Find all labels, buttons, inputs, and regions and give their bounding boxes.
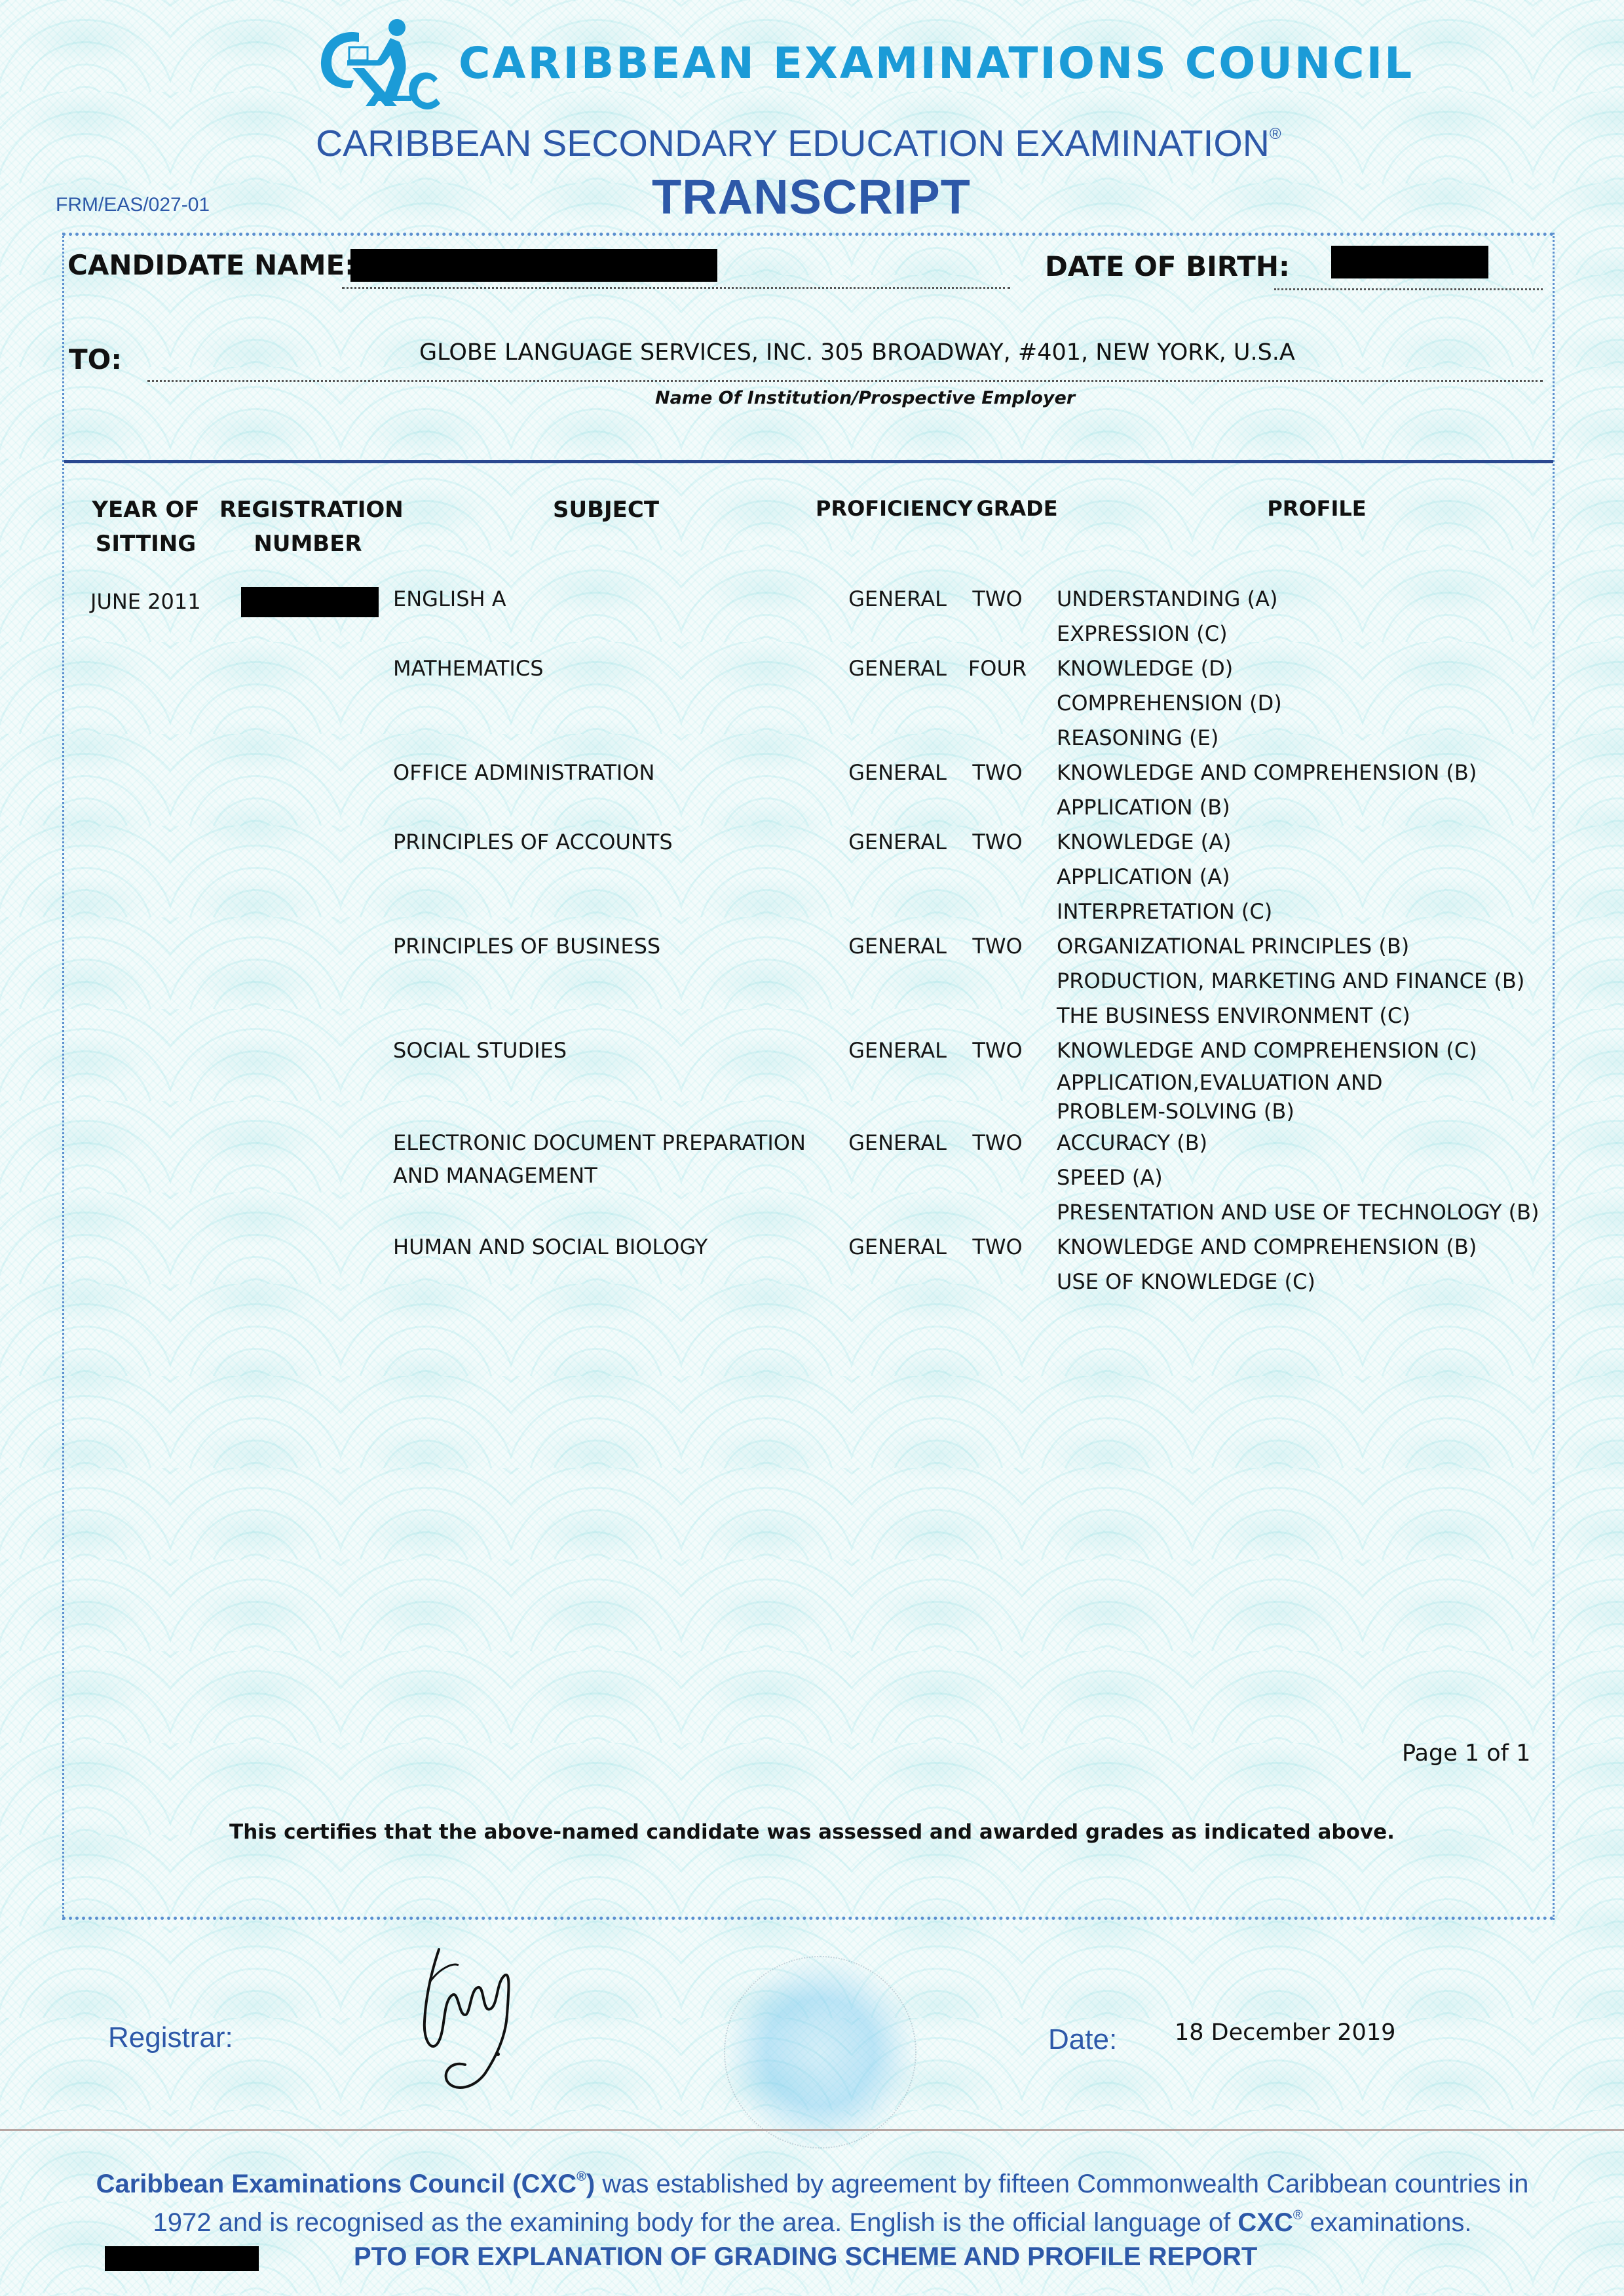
proficiency-cell: GENERAL <box>839 825 956 929</box>
proficiency-cell: GENERAL <box>839 929 956 1033</box>
grade-cell: TWO <box>956 756 1038 825</box>
subject-line: PRINCIPLES OF BUSINESS <box>393 929 839 964</box>
profile-item: COMPREHENSION (D) <box>1057 686 1546 721</box>
grade-cell: TWO <box>956 929 1038 1033</box>
profile-cell: UNDERSTANDING (A)EXPRESSION (C) <box>1038 582 1546 651</box>
profile-cell: KNOWLEDGE AND COMPREHENSION (C)APPLICATI… <box>1038 1033 1546 1126</box>
header-registration-number: REGISTRATION NUMBER <box>219 493 396 561</box>
recipient-underline <box>147 380 1543 382</box>
date-of-birth-label: DATE OF BIRTH: <box>1045 250 1290 282</box>
header-year-line2: SITTING <box>88 527 203 561</box>
header-year-line1: YEAR OF <box>88 493 203 527</box>
profile-item: ORGANIZATIONAL PRINCIPLES (B) <box>1057 929 1546 964</box>
subject-cell: ENGLISH A <box>393 582 839 651</box>
pto-notice: PTO FOR EXPLANATION OF GRADING SCHEME AN… <box>354 2242 1257 2272</box>
footer-line2-end: examinations. <box>1303 2208 1472 2237</box>
profile-cell: KNOWLEDGE (D)COMPREHENSION (D)REASONING … <box>1038 651 1546 756</box>
subject-cell: MATHEMATICS <box>393 651 839 756</box>
cxc-logo <box>313 14 444 113</box>
exam-name: CARIBBEAN SECONDARY EDUCATION EXAMINATIO… <box>316 122 1281 165</box>
profile-item: EXPRESSION (C) <box>1057 617 1546 651</box>
recipient-label: TO: <box>69 343 122 375</box>
subject-line: AND MANAGEMENT <box>393 1160 839 1191</box>
grade-cell: FOUR <box>956 651 1038 756</box>
profile-cell: KNOWLEDGE (A)APPLICATION (A)INTERPRETATI… <box>1038 825 1546 929</box>
header-proficiency: PROFICIENCY <box>816 491 960 526</box>
candidate-name-label: CANDIDATE NAME: <box>67 249 356 281</box>
profile-item: PRESENTATION AND USE OF TECHNOLOGY (B) <box>1057 1195 1546 1230</box>
table-row: ENGLISH AGENERALTWOUNDERSTANDING (A)EXPR… <box>393 582 1546 651</box>
registrar-label: Registrar: <box>108 2021 233 2054</box>
date-of-birth-underline <box>1274 288 1543 290</box>
profile-item: USE OF KNOWLEDGE (C) <box>1057 1265 1546 1299</box>
profile-item: SPEED (A) <box>1057 1160 1546 1195</box>
footer-statement: Caribbean Examinations Council (CXC®) wa… <box>59 2161 1566 2238</box>
header-year-of-sitting: YEAR OF SITTING <box>88 493 203 561</box>
profile-item: UNDERSTANDING (A) <box>1057 582 1546 617</box>
profile-cell: KNOWLEDGE AND COMPREHENSION (B)USE OF KN… <box>1038 1230 1546 1299</box>
table-row: PRINCIPLES OF BUSINESSGENERALTWOORGANIZA… <box>393 929 1546 1033</box>
subject-line: SOCIAL STUDIES <box>393 1033 839 1068</box>
grade-cell: TWO <box>956 582 1038 651</box>
profile-item: PRODUCTION, MARKETING AND FINANCE (B) <box>1057 964 1546 999</box>
table-row: SOCIAL STUDIESGENERALTWOKNOWLEDGE AND CO… <box>393 1033 1546 1126</box>
profile-item: APPLICATION (B) <box>1057 790 1546 825</box>
subject-cell: SOCIAL STUDIES <box>393 1033 839 1126</box>
profile-item: ACCURACY (B) <box>1057 1126 1546 1160</box>
footer-code-redacted <box>105 2246 259 2271</box>
recipient-value: GLOBE LANGUAGE SERVICES, INC. 305 BROADW… <box>419 339 1295 366</box>
footer-line2-start: 1972 and is recognised as the examining … <box>153 2208 1237 2237</box>
footer-line1: was established by agreement by fifteen … <box>595 2170 1528 2198</box>
year-of-sitting-value: JUNE 2011 <box>90 584 201 619</box>
date-value: 18 December 2019 <box>1175 2019 1395 2046</box>
profile-item: INTERPRETATION (C) <box>1057 894 1546 929</box>
proficiency-cell: GENERAL <box>839 1230 956 1299</box>
proficiency-cell: GENERAL <box>839 651 956 756</box>
header-subject: SUBJECT <box>524 493 688 527</box>
profile-cell: ACCURACY (B)SPEED (A)PRESENTATION AND US… <box>1038 1126 1546 1230</box>
table-row: HUMAN AND SOCIAL BIOLOGYGENERALTWOKNOWLE… <box>393 1230 1546 1299</box>
header-registration-line2: NUMBER <box>219 527 396 561</box>
footer-cxc: CXC <box>1237 2208 1293 2237</box>
candidate-name-redacted <box>350 249 717 282</box>
subject-line: ENGLISH A <box>393 582 839 617</box>
footer-divider <box>0 2129 1624 2131</box>
subject-line: HUMAN AND SOCIAL BIOLOGY <box>393 1230 839 1265</box>
proficiency-cell: GENERAL <box>839 1126 956 1230</box>
subject-cell: HUMAN AND SOCIAL BIOLOGY <box>393 1230 839 1299</box>
recipient-caption: Name Of Institution/Prospective Employer <box>655 388 1075 408</box>
profile-item: APPLICATION (A) <box>1057 860 1546 894</box>
subject-line: MATHEMATICS <box>393 651 839 686</box>
registrar-signature <box>393 1943 544 2094</box>
profile-item: KNOWLEDGE (A) <box>1057 825 1546 860</box>
table-row: PRINCIPLES OF ACCOUNTSGENERALTWOKNOWLEDG… <box>393 825 1546 929</box>
header-registration-line1: REGISTRATION <box>219 493 396 527</box>
profile-item: KNOWLEDGE AND COMPREHENSION (B) <box>1057 1230 1546 1265</box>
proficiency-cell: GENERAL <box>839 582 956 651</box>
date-of-birth-redacted <box>1331 246 1488 278</box>
certification-statement: This certifies that the above-named cand… <box>0 1820 1624 1844</box>
form-code: FRM/EAS/027-01 <box>56 194 210 216</box>
grade-cell: TWO <box>956 1230 1038 1299</box>
profile-item: APPLICATION,EVALUATION AND <box>1057 1068 1546 1097</box>
subject-cell: ELECTRONIC DOCUMENT PREPARATIONAND MANAG… <box>393 1126 839 1230</box>
profile-cell: ORGANIZATIONAL PRINCIPLES (B)PRODUCTION,… <box>1038 929 1546 1033</box>
council-name: CARIBBEAN EXAMINATIONS COUNCIL <box>459 38 1414 88</box>
subject-cell: PRINCIPLES OF BUSINESS <box>393 929 839 1033</box>
profile-item: KNOWLEDGE AND COMPREHENSION (C) <box>1057 1033 1546 1068</box>
candidate-name-underline <box>342 287 1010 289</box>
proficiency-cell: GENERAL <box>839 1033 956 1126</box>
subject-cell: PRINCIPLES OF ACCOUNTS <box>393 825 839 929</box>
profile-item: PROBLEM-SOLVING (B) <box>1057 1097 1546 1126</box>
page-indicator: Page 1 of 1 <box>1402 1740 1530 1767</box>
profile-item: REASONING (E) <box>1057 721 1546 756</box>
table-row: OFFICE ADMINISTRATIONGENERALTWOKNOWLEDGE… <box>393 756 1546 825</box>
header-profile: PROFILE <box>1245 491 1389 526</box>
profile-item: THE BUSINESS ENVIRONMENT (C) <box>1057 999 1546 1033</box>
profile-item: KNOWLEDGE (D) <box>1057 651 1546 686</box>
exam-name-text: CARIBBEAN SECONDARY EDUCATION EXAMINATIO… <box>316 123 1270 164</box>
footer-org-name: Caribbean Examinations Council (CXC <box>96 2170 576 2198</box>
official-seal <box>724 1956 916 2149</box>
document-title: TRANSCRIPT <box>652 169 971 225</box>
results-table-body: ENGLISH AGENERALTWOUNDERSTANDING (A)EXPR… <box>393 582 1546 1299</box>
registered-mark: ® <box>1270 125 1281 143</box>
footer-org-close: ) <box>586 2170 595 2198</box>
signature-icon <box>393 1943 544 2094</box>
date-label: Date: <box>1048 2023 1117 2056</box>
registration-number-redacted <box>241 587 379 617</box>
grade-cell: TWO <box>956 1126 1038 1230</box>
footer-org-mark: ® <box>576 2170 586 2184</box>
table-row: ELECTRONIC DOCUMENT PREPARATIONAND MANAG… <box>393 1126 1546 1230</box>
subject-cell: OFFICE ADMINISTRATION <box>393 756 839 825</box>
grade-cell: TWO <box>956 825 1038 929</box>
subject-line: OFFICE ADMINISTRATION <box>393 756 839 790</box>
section-divider <box>64 460 1553 463</box>
profile-cell: KNOWLEDGE AND COMPREHENSION (B)APPLICATI… <box>1038 756 1546 825</box>
header-grade: GRADE <box>973 491 1061 526</box>
subject-line: PRINCIPLES OF ACCOUNTS <box>393 825 839 860</box>
subject-line: ELECTRONIC DOCUMENT PREPARATION <box>393 1126 839 1160</box>
cxc-logo-icon <box>313 14 444 113</box>
proficiency-cell: GENERAL <box>839 756 956 825</box>
table-row: MATHEMATICSGENERALFOURKNOWLEDGE (D)COMPR… <box>393 651 1546 756</box>
grade-cell: TWO <box>956 1033 1038 1126</box>
footer-cxc-mark: ® <box>1293 2208 1303 2223</box>
profile-item: KNOWLEDGE AND COMPREHENSION (B) <box>1057 756 1546 790</box>
